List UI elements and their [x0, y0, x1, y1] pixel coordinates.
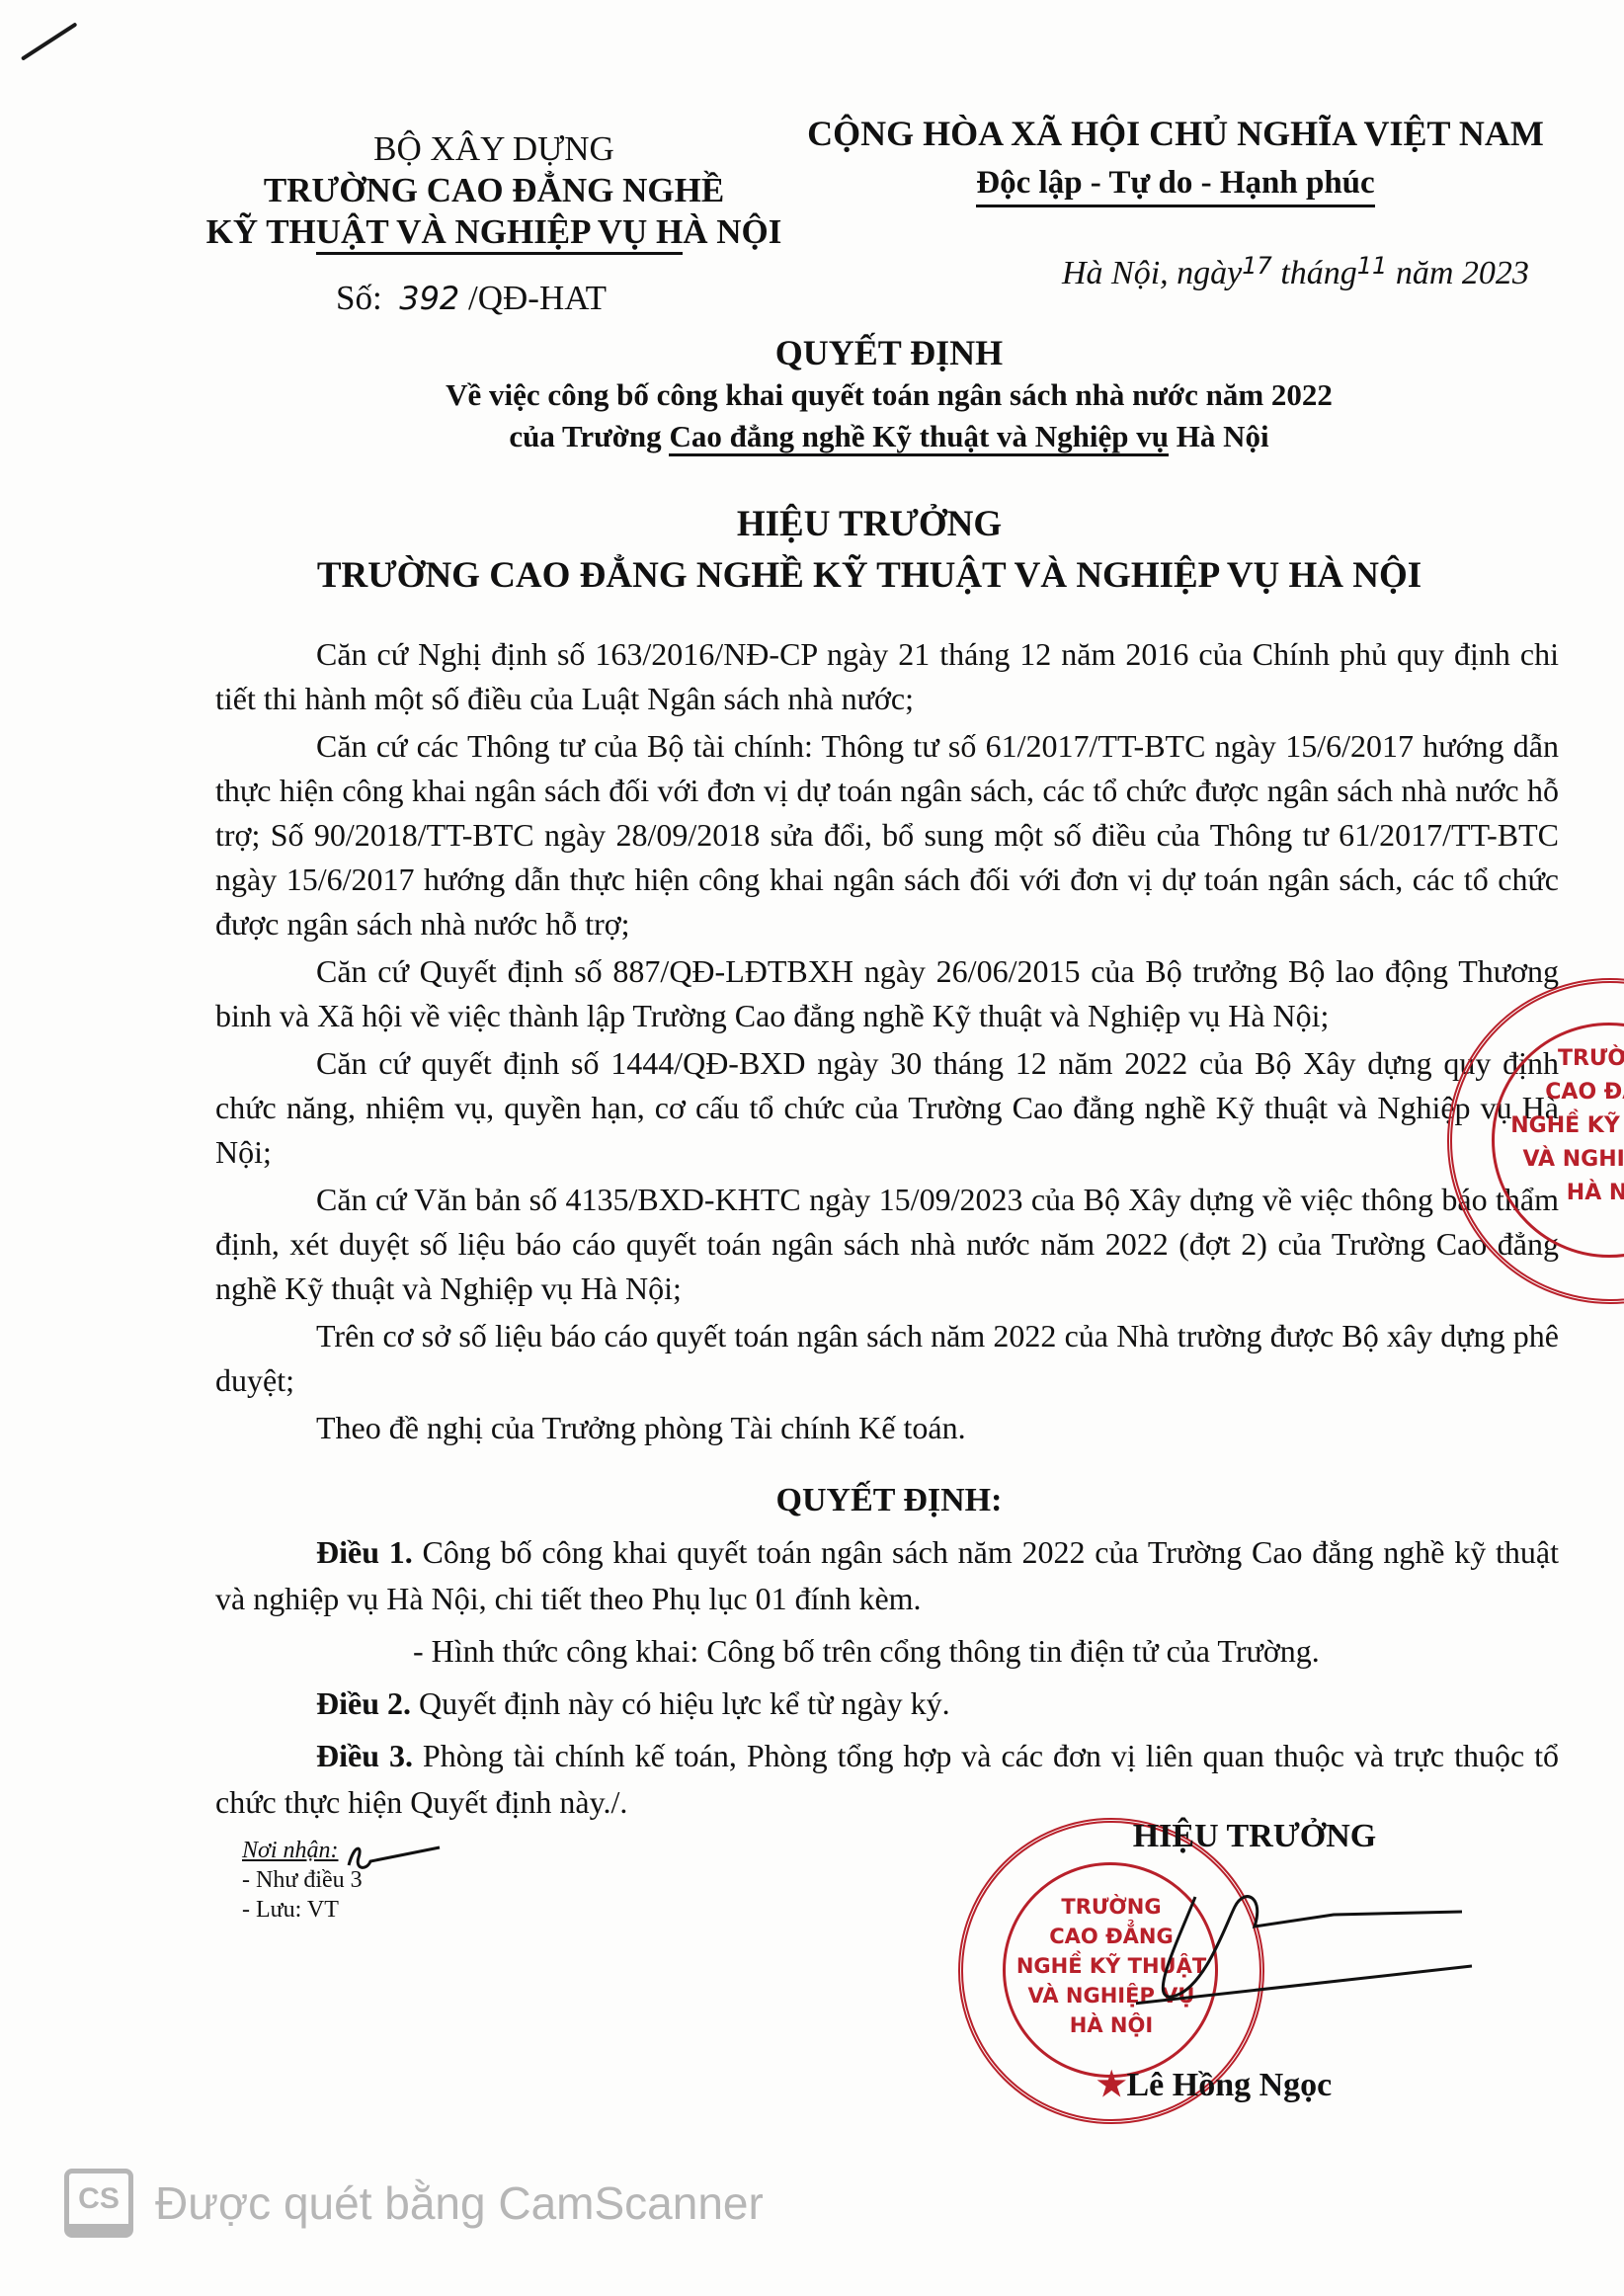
article-1: Điều 1. Công bố công khai quyết toán ngâ…: [215, 1529, 1559, 1622]
decision-heading: QUYẾT ĐỊNH:: [296, 1482, 1482, 1519]
national-motto: Độc lập - Tự do - Hạnh phúc: [771, 158, 1581, 207]
number-label: Số:: [336, 279, 382, 317]
school-name-line1: TRƯỜNG CAO ĐẲNG NGHỀ: [148, 170, 840, 211]
signatory-name-text: Lê Hồng Ngọc: [1126, 2067, 1332, 2103]
signatory-title: HIỆU TRƯỞNG: [1067, 1818, 1442, 1855]
year-label: năm 2023: [1396, 255, 1529, 291]
stamp-line: NGHỀ KỸ THUẬT: [1492, 1109, 1624, 1143]
document-title-block: QUYẾT ĐỊNH Về việc công bố công khai quy…: [296, 331, 1482, 457]
number-suffix: /QĐ-HAT: [468, 279, 607, 317]
article-text: Quyết định này có hiệu lực kể từ ngày ký…: [411, 1685, 950, 1721]
month-label: tháng: [1280, 255, 1356, 291]
article-label: Điều 1.: [316, 1534, 413, 1570]
ministry-name: BỘ XÂY DỰNG: [148, 128, 840, 170]
preamble-paragraph: Căn cứ Nghị định số 163/2016/NĐ-CP ngày …: [215, 632, 1559, 721]
article-1-sub: - Hình thức công khai: Công bố trên cổng…: [215, 1628, 1559, 1675]
document-subject-line1: Về việc công bố công khai quyết toán ngâ…: [296, 374, 1482, 416]
number-handwritten: 392: [399, 280, 459, 317]
issuing-agency-header: BỘ XÂY DỰNG TRƯỜNG CAO ĐẲNG NGHỀ KỸ THUẬ…: [148, 128, 840, 253]
stamp-line: CAO ĐẲNG: [1492, 1076, 1624, 1109]
stamp-line: HÀ NỘI: [1492, 1177, 1624, 1210]
document-title: QUYẾT ĐỊNH: [296, 331, 1482, 374]
issuing-authority: HIỆU TRƯỞNG TRƯỜNG CAO ĐẲNG NGHỀ KỸ THUẬ…: [227, 499, 1511, 602]
place-and-date: Hà Nội, ngày17 tháng11 năm 2023: [1062, 252, 1529, 292]
country-name: CỘNG HÒA XÃ HỘI CHỦ NGHĨA VIỆT NAM: [771, 109, 1581, 158]
authority-title: HIỆU TRƯỞNG: [227, 499, 1511, 550]
school-name-line2: KỸ THUẬT VÀ NGHIỆP VỤ HÀ NỘI: [148, 211, 840, 253]
authority-school: TRƯỜNG CAO ĐẲNG NGHỀ KỸ THUẬT VÀ NGHIỆP …: [227, 550, 1511, 602]
watermark-text: Được quét bằng CamScanner: [155, 2176, 764, 2230]
preamble: Căn cứ Nghị định số 163/2016/NĐ-CP ngày …: [215, 632, 1559, 1453]
article-text: Công bố công khai quyết toán ngân sách n…: [215, 1534, 1559, 1616]
document-subject-line2: của Trường Cao đẳng nghề Kỹ thuật và Ngh…: [296, 416, 1482, 457]
article-text: - Hình thức công khai: Công bố trên cổng…: [413, 1633, 1320, 1669]
recipient-item: - Lưu: VT: [242, 1895, 363, 1925]
school-name-underlined: UẬT VÀ NGHIỆP VỤ H: [316, 212, 683, 255]
preamble-paragraph: Căn cứ quyết định số 1444/QĐ-BXD ngày 30…: [215, 1041, 1559, 1175]
document-number: Số: 392 /QĐ-HAT: [336, 279, 607, 318]
subject-part: Hà Nội: [1169, 419, 1269, 453]
stamp-text: TRƯỜNG CAO ĐẲNG NGHỀ KỸ THUẬT VÀ NGHIỆP …: [1492, 1042, 1624, 1210]
preamble-paragraph: Căn cứ Quyết định số 887/QĐ-LĐTBXH ngày …: [215, 949, 1559, 1038]
article-2: Điều 2. Quyết định này có hiệu lực kể từ…: [215, 1681, 1559, 1727]
preamble-paragraph: Theo đề nghị của Trưởng phòng Tài chính …: [215, 1406, 1559, 1450]
school-name-part: KỸ TH: [206, 212, 316, 251]
preamble-paragraph: Trên cơ sở số liệu báo cáo quyết toán ng…: [215, 1314, 1559, 1403]
place-label: Hà Nội, ngày: [1062, 255, 1242, 291]
article-text: Phòng tài chính kế toán, Phòng tổng hợp …: [215, 1738, 1559, 1820]
stamp-line: VÀ NGHIỆP VỤ: [1492, 1143, 1624, 1177]
motto-text: Độc lập - Tự do - Hạnh phúc: [976, 165, 1374, 207]
article-3: Điều 3. Phòng tài chính kế toán, Phòng t…: [215, 1733, 1559, 1826]
school-name-part: À NỘI: [683, 212, 781, 251]
month-handwritten: 11: [1357, 252, 1388, 280]
national-header: CỘNG HÒA XÃ HỘI CHỦ NGHĨA VIỆT NAM Độc l…: [771, 109, 1581, 207]
signatory-name: ★Lê Hồng Ngọc: [1096, 2065, 1332, 2104]
day-handwritten: 17: [1242, 252, 1272, 280]
article-label: Điều 2.: [316, 1685, 411, 1721]
initials-signature: [341, 1836, 449, 1885]
pen-stroke-mark: [21, 22, 78, 60]
camscanner-logo-icon: CS: [64, 2169, 133, 2238]
stamp-line: TRƯỜNG: [1492, 1042, 1624, 1076]
handwritten-signature: [1136, 1867, 1511, 2025]
star-icon: ★: [1096, 2067, 1126, 2103]
article-label: Điều 3.: [316, 1738, 413, 1773]
subject-underlined: Cao đẳng nghề Kỹ thuật và Nghiệp vụ: [669, 419, 1169, 456]
preamble-paragraph: Căn cứ các Thông tư của Bộ tài chính: Th…: [215, 724, 1559, 946]
preamble-paragraph: Căn cứ Văn bản số 4135/BXD-KHTC ngày 15/…: [215, 1178, 1559, 1311]
camscanner-watermark: CS Được quét bằng CamScanner: [64, 2169, 764, 2238]
decision-articles: Điều 1. Công bố công khai quyết toán ngâ…: [215, 1529, 1559, 1832]
subject-part: của Trường: [509, 419, 669, 453]
